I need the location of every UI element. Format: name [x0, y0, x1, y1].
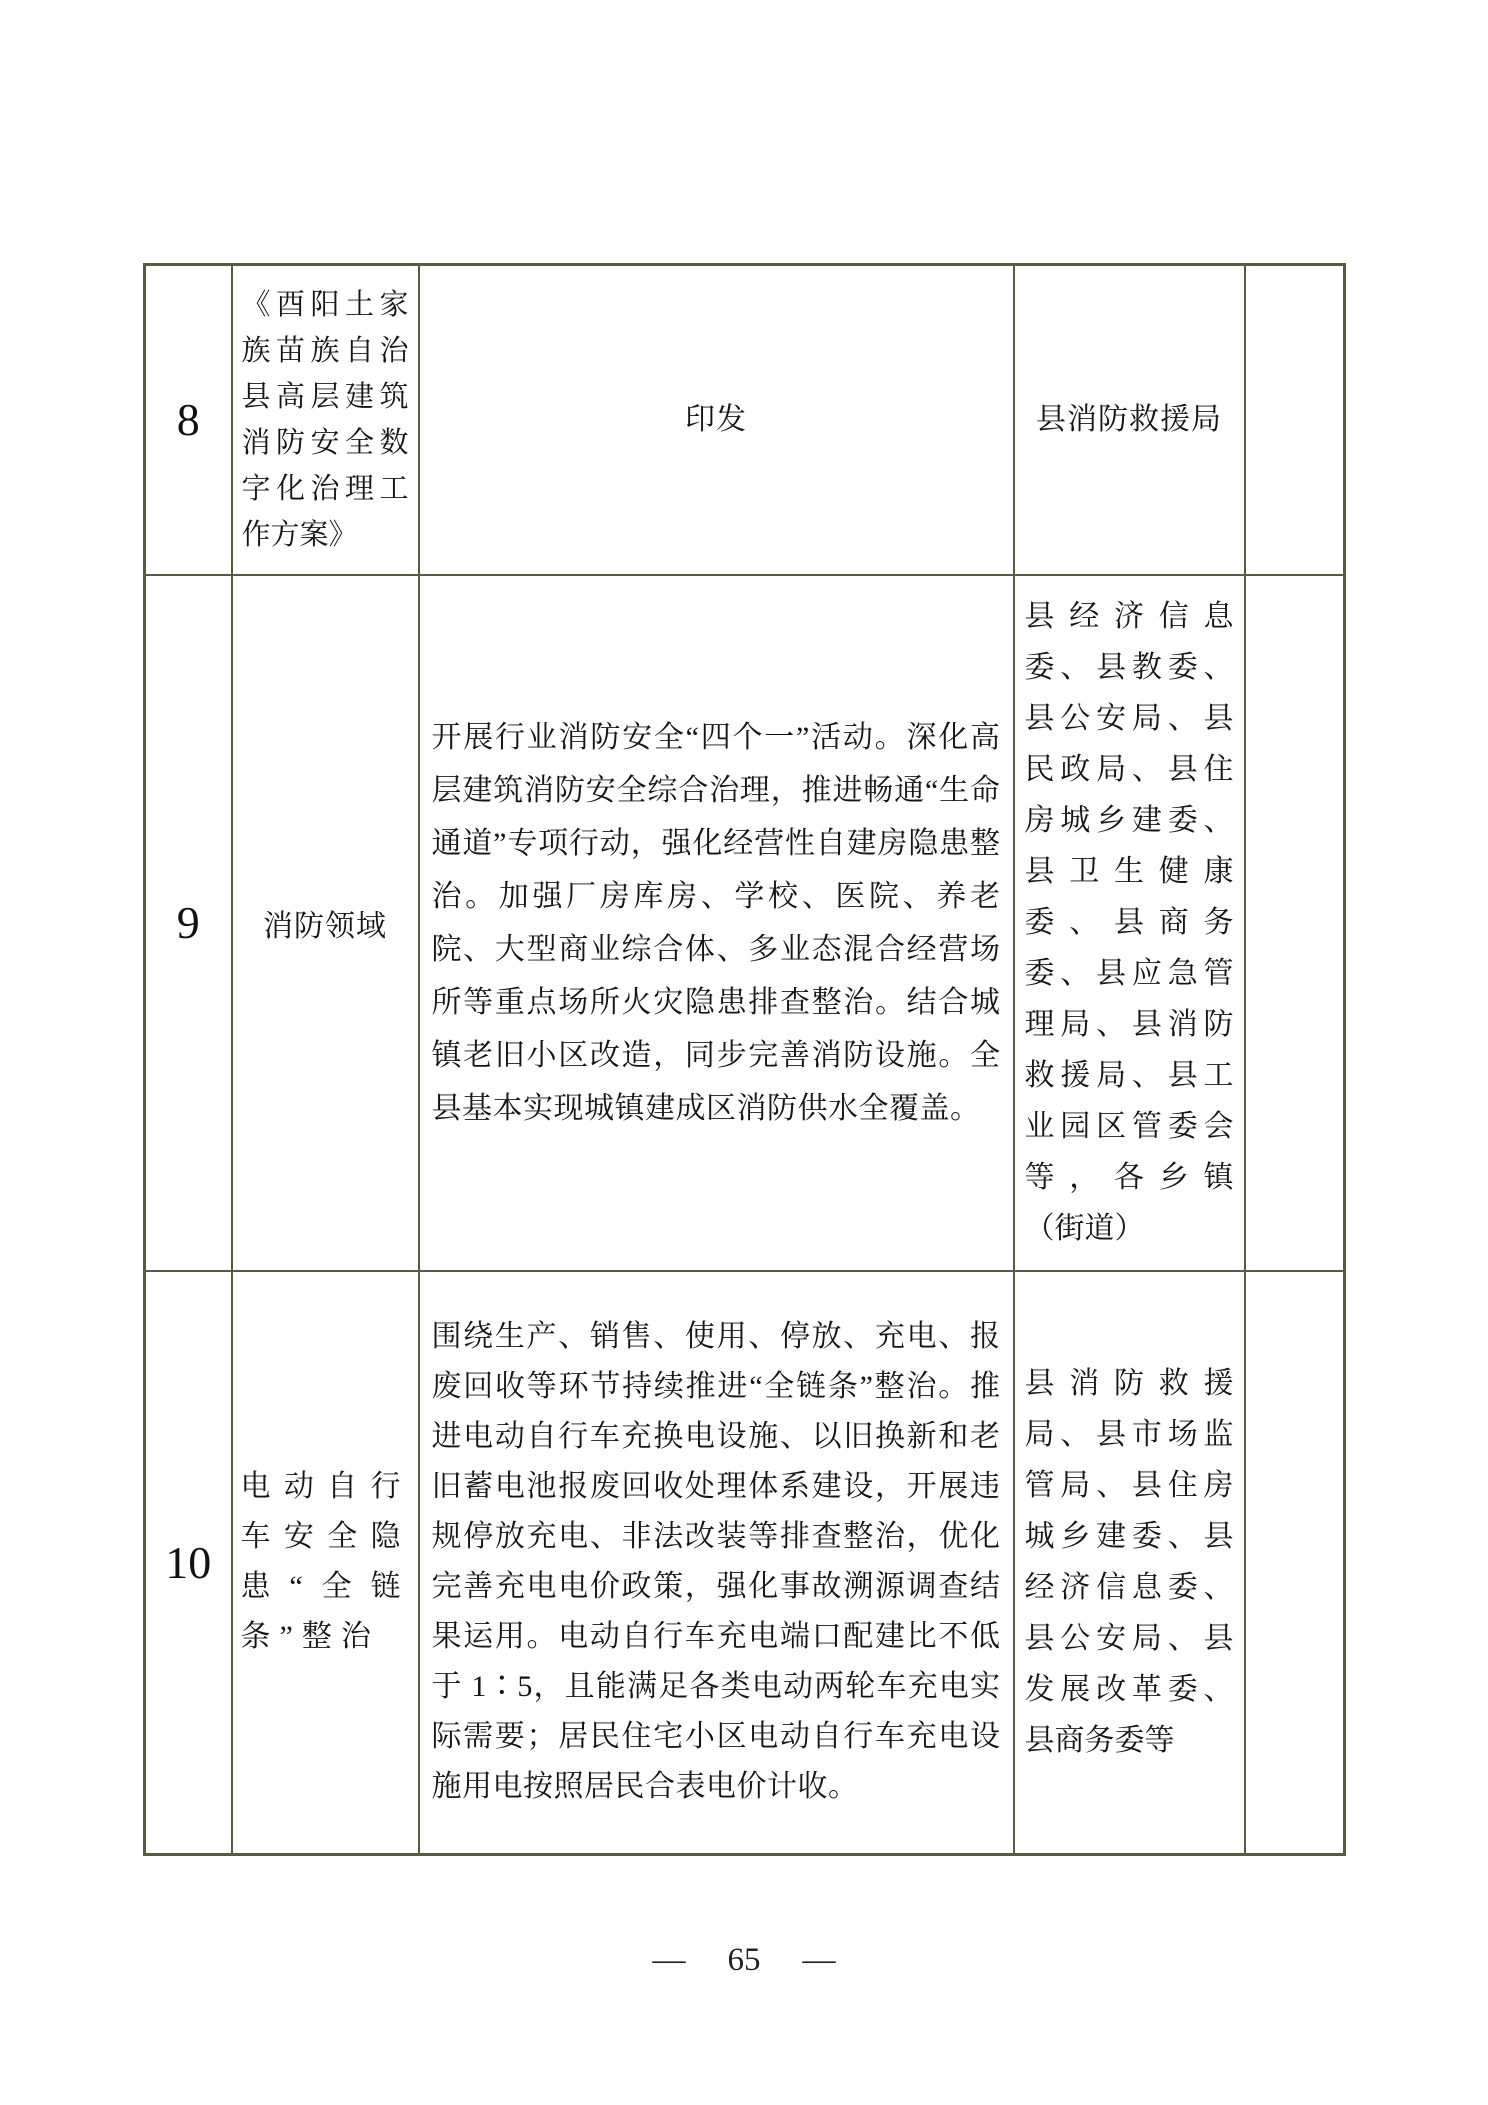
empty-cell: [1245, 265, 1345, 575]
item-cell: 电动自行车安全隐患“全链条”整治: [232, 1271, 419, 1855]
item-cell: 《酉阳土家族苗族自治县高层建筑消防安全数字化治理工作方案》: [232, 265, 419, 575]
row-number-cell: 8: [145, 265, 232, 575]
table-row: 9 消防领域 开展行业消防安全“四个一”活动。深化高层建筑消防安全综合治理，推进…: [145, 575, 1345, 1271]
empty-cell: [1245, 575, 1345, 1271]
table-row: 10 电动自行车安全隐患“全链条”整治 围绕生产、销售、使用、停放、充电、报废回…: [145, 1271, 1345, 1855]
row-number-cell: 9: [145, 575, 232, 1271]
departments-cell: 县消防救援局、县市场监管局、县住房城乡建委、县经济信息委、县公安局、县发展改革委…: [1014, 1271, 1245, 1855]
footer-left-dash: —: [653, 1942, 686, 1979]
page-number: 65: [728, 1942, 761, 1979]
table-row: 8 《酉阳土家族苗族自治县高层建筑消防安全数字化治理工作方案》 印发 县消防救援…: [145, 265, 1345, 575]
departments-cell: 县经济信息委、县教委、县公安局、县民政局、县住房城乡建委、县卫生健康委、县商务委…: [1014, 575, 1245, 1271]
task-cell: 印发: [419, 265, 1014, 575]
empty-cell: [1245, 1271, 1345, 1855]
task-cell: 开展行业消防安全“四个一”活动。深化高层建筑消防安全综合治理，推进畅通“生命通道…: [419, 575, 1014, 1271]
departments-cell: 县消防救援局: [1014, 265, 1245, 575]
item-cell: 消防领域: [232, 575, 419, 1271]
row-number-cell: 10: [145, 1271, 232, 1855]
task-table: 8 《酉阳土家族苗族自治县高层建筑消防安全数字化治理工作方案》 印发 县消防救援…: [143, 263, 1346, 1856]
document-page: 8 《酉阳土家族苗族自治县高层建筑消防安全数字化治理工作方案》 印发 县消防救援…: [0, 0, 1488, 2105]
page-footer: — 65 —: [0, 1942, 1488, 1979]
footer-right-dash: —: [803, 1942, 836, 1979]
task-cell: 围绕生产、销售、使用、停放、充电、报废回收等环节持续推进“全链条”整治。推进电动…: [419, 1271, 1014, 1855]
